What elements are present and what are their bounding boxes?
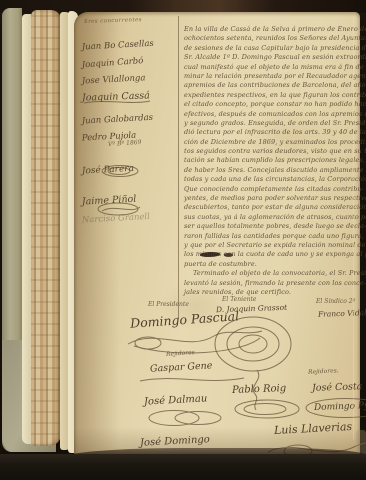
text-line: cual manifestó que el objeto de la misma… bbox=[184, 63, 356, 72]
text-line: de haber los Sres. Concejales discutido … bbox=[184, 166, 356, 175]
text-line: descubiertos, tanto por estar de alguna … bbox=[184, 203, 356, 212]
sindico-label: El Síndico 2º bbox=[316, 298, 355, 305]
ink-blot bbox=[224, 253, 233, 257]
text-line: sus cuotas, ya á la aglomeración de atra… bbox=[184, 213, 356, 222]
text-line: ochocientos setenta, reunidos los Señore… bbox=[184, 34, 356, 43]
text-line: de sesiones de la casa Capitular bajo la… bbox=[184, 44, 356, 53]
page-edge-strip bbox=[22, 14, 31, 444]
margin-rule-line bbox=[178, 16, 179, 318]
text-line: y que por el Secretario se expida relaci… bbox=[184, 241, 356, 250]
text-line: yentes, de medios para poder solventar s… bbox=[184, 194, 356, 203]
spiral-flourish bbox=[210, 312, 296, 412]
text-line: levantó la sesión, firmando la presente … bbox=[184, 279, 356, 288]
sindico-signature: Franco Vidal bbox=[318, 308, 366, 319]
text-line: tos seguidos contra varios deudores, vis… bbox=[184, 147, 356, 156]
text-line: el citado concepto, porque constar no ha… bbox=[184, 100, 356, 109]
text-line: Que conociendo completamente las citadas… bbox=[184, 185, 356, 194]
photo-bottom-band bbox=[0, 454, 366, 480]
text-line: dió lectura por el infrascrito de los ar… bbox=[184, 128, 356, 137]
margin-header: Sres concurrentes bbox=[84, 17, 142, 25]
president-label: El Presidente bbox=[148, 301, 189, 308]
regidor-signature: José Domingo bbox=[140, 434, 210, 449]
rubric-flourish bbox=[146, 408, 226, 428]
manuscript-photo: Sres concurrentes Juan Bo CasellasJoaqui… bbox=[0, 0, 366, 480]
text-line: En la villa de Cassá de la Selva á prime… bbox=[184, 25, 356, 34]
signature-underline bbox=[82, 98, 154, 106]
regidores-right-label: Rejidores, bbox=[308, 367, 339, 376]
rubric-flourish bbox=[304, 397, 366, 419]
manuscript-page: Sres concurrentes Juan Bo CasellasJoaqui… bbox=[74, 12, 360, 458]
ink-blot bbox=[200, 252, 220, 257]
text-line: ción de Diciembre de 1869, y examinados … bbox=[184, 138, 356, 147]
regidor-signature: José Costa bbox=[312, 381, 363, 394]
text-line: puerta de costumbre. bbox=[184, 260, 356, 269]
text-line: Sr. Alcalde 1º D. Domingo Pascual en ses… bbox=[184, 53, 356, 62]
text-line: todas y cada una de las circunstancias, … bbox=[184, 175, 356, 184]
text-line: efectivos, después de comunicados con lo… bbox=[184, 110, 356, 119]
text-line: expedientes respectivos, en la que figur… bbox=[184, 91, 356, 100]
text-line: jales reunidos, de que certifico. bbox=[184, 288, 356, 297]
text-line: Terminado el objeto de la convocatoria, … bbox=[184, 269, 356, 278]
rubric-flourish bbox=[96, 202, 142, 217]
rubric-flourish bbox=[100, 164, 142, 178]
regidor-signature: Pablo Roig bbox=[232, 383, 287, 396]
regidor-signature: Gaspar Gene bbox=[150, 360, 213, 374]
torn-page-edges bbox=[31, 10, 61, 446]
secretary-signature: Luis Llaverias bbox=[274, 420, 353, 437]
regidores-left-label: Rejidores bbox=[166, 349, 195, 358]
text-line: minar la relación presentada por el Reca… bbox=[184, 72, 356, 81]
text-line: apremios de las contribuciones de Barcel… bbox=[184, 81, 356, 90]
teniente-label: El Teniente bbox=[222, 296, 256, 303]
right-page-edge-line bbox=[353, 16, 354, 440]
text-line: ser aquellos totalmente pobres, desde lu… bbox=[184, 222, 356, 231]
text-line: y segundo grados. Enseguida, de orden de… bbox=[184, 119, 356, 128]
rubric-flourish bbox=[232, 398, 304, 420]
text-line: tación se habían cumplido las prescripci… bbox=[184, 156, 356, 165]
text-line: raron fallidas las cantidades porque cad… bbox=[184, 232, 356, 241]
regidor-signature: José Dalmau bbox=[144, 393, 208, 407]
